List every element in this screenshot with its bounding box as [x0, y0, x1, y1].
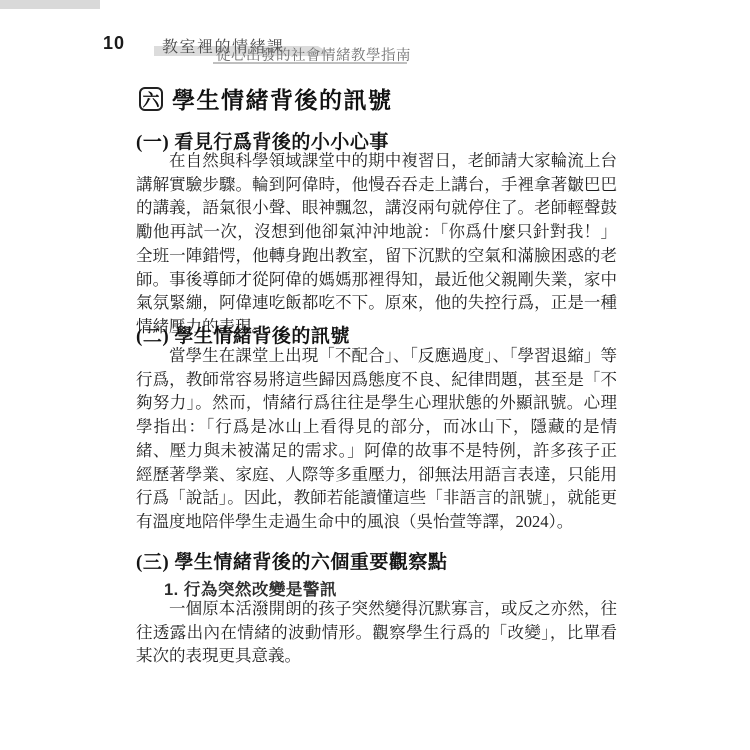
section-title: 學生情緒背後的訊號: [172, 82, 393, 115]
book-page: 10 教室裡的情緒課 從心出發的社會情緒教學指南 六 學生情緒背後的訊號 (一)…: [0, 0, 750, 750]
header-edge-bar: [0, 0, 100, 9]
subsection-3-paragraph: 一個原本活潑開朗的孩子突然變得沉默寡言，或反之亦然，往往透露出內在情緒的波動情形…: [136, 597, 617, 668]
subsection-1-paragraph: 在自然與科學領域課堂中的期中複習日，老師請大家輪流上台講解實驗步驟。輪到阿偉時，…: [136, 149, 617, 339]
section-number-box: 六: [139, 87, 163, 111]
subsection-3-heading: (三) 學生情緒背後的六個重要觀察點: [136, 547, 617, 574]
page-number: 10: [103, 33, 125, 54]
subtitle-underline: [213, 62, 407, 64]
section-title-row: 六 學生情緒背後的訊號: [139, 82, 393, 115]
subsection-2-paragraph: 當學生在課堂上出現「不配合」、「反應過度」、「學習退縮」等行爲，教師常容易將這些…: [136, 344, 617, 534]
